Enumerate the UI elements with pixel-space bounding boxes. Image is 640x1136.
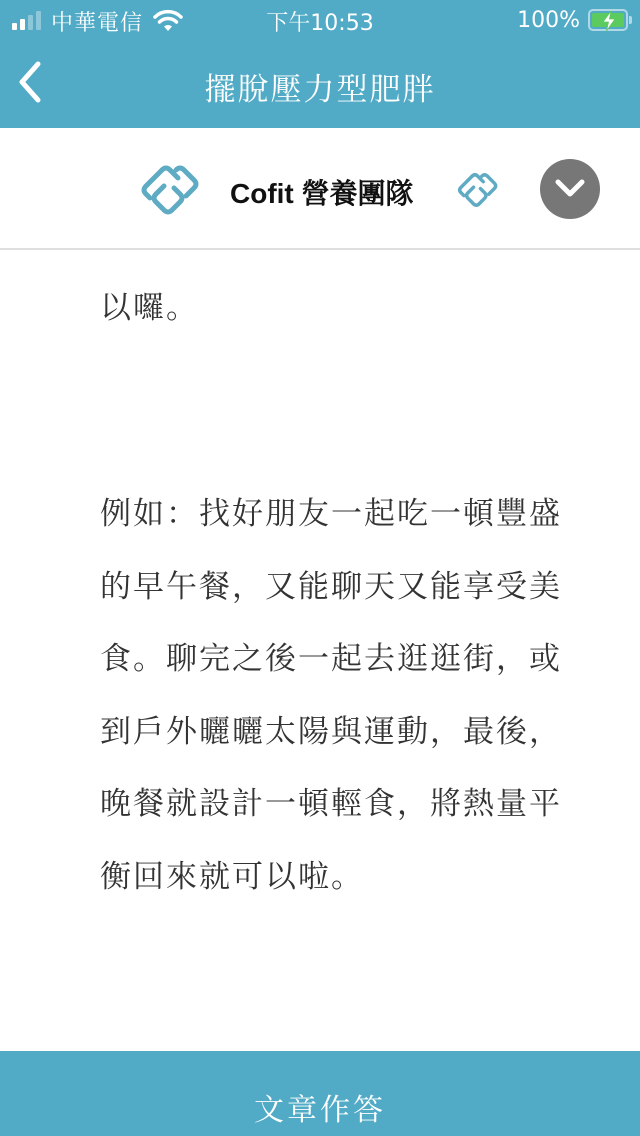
battery-cap: [629, 16, 632, 24]
text-line: 衡回來就可以啦。: [100, 841, 610, 914]
article-content[interactable]: 以囉。 例如：找好朋友一起吃一頓豐盛 的早午餐，又能聊天又能享受美 食。聊完之後…: [0, 252, 640, 1050]
team-name: Cofit 營養團隊: [230, 172, 414, 212]
battery-percent: 100%: [517, 8, 580, 33]
paragraph-1-tail: 以囉。: [100, 272, 610, 345]
status-bar: 中華電信 下午10:53 100%: [0, 0, 640, 40]
team-header: Cofit 營養團隊: [0, 128, 640, 250]
text-line: 晚餐就設計一頓輕食，將熱量平: [100, 768, 610, 841]
cofit-heart-logo-icon: [138, 164, 200, 216]
battery-charging-icon: [588, 9, 628, 31]
text-line: 的早午餐，又能聊天又能享受美: [100, 551, 610, 624]
top-bar: 中華電信 下午10:53 100% 擺脫壓力型肥胖: [0, 0, 640, 128]
answer-article-button[interactable]: 文章作答: [0, 1051, 640, 1136]
text-line: 例如：找好朋友一起吃一頓豐盛: [100, 478, 610, 551]
text-line: 以囉。: [100, 272, 610, 345]
text-line: 到戶外曬曬太陽與運動，最後，: [100, 696, 610, 769]
charging-bolt-icon: [600, 10, 618, 32]
answer-article-label: 文章作答: [254, 1085, 386, 1129]
page-title: 擺脫壓力型肥胖: [0, 64, 640, 109]
nav-bar: 擺脫壓力型肥胖: [0, 44, 640, 128]
cofit-heart-logo-icon: [455, 172, 499, 208]
chevron-down-icon: [554, 176, 586, 202]
collapse-button[interactable]: [540, 159, 600, 219]
paragraph-2: 例如：找好朋友一起吃一頓豐盛 的早午餐，又能聊天又能享受美 食。聊完之後一起去逛…: [100, 478, 610, 913]
status-right: 100%: [517, 7, 632, 33]
text-line: 食。聊完之後一起去逛逛街，或: [100, 623, 610, 696]
